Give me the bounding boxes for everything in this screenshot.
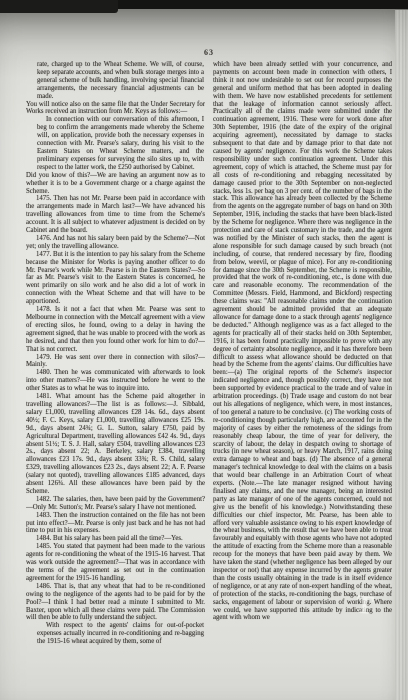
paragraph: 1482. The salaries, then, have been paid…: [26, 496, 205, 512]
left-column: rate, charged up to the Wheat Scheme. We…: [26, 61, 205, 646]
book-binding-edge: [395, 10, 408, 700]
paragraph: 1486. That is, that any wheat that had t…: [26, 583, 205, 623]
paragraph: In connection with our conversation of t…: [37, 116, 204, 171]
paragraph: With respect to the agents' claims for o…: [37, 622, 204, 646]
paragraph: 1483. Then the instruction contained on …: [26, 512, 205, 536]
paragraph: 1481. What amount has the Scheme paid al…: [26, 393, 205, 496]
paragraph: 1480. Then he was communicated with afte…: [26, 369, 205, 393]
paragraph: which have been already settled with you…: [213, 61, 392, 622]
paragraph: 1475. Then has not Mr. Pearse been paid …: [26, 195, 205, 235]
paragraph: 1477. But it is the intention to pay his…: [26, 251, 205, 306]
scan-edge-bar-left: [0, 0, 118, 13]
right-column: which have been already settled with you…: [213, 61, 392, 646]
paragraph: 1479. He was sent over there in connecti…: [26, 354, 205, 370]
page-number: 63: [26, 48, 392, 57]
text-columns: rate, charged up to the Wheat Scheme. We…: [26, 61, 392, 646]
paragraph: You will notice also on the same file th…: [26, 101, 205, 117]
paragraph: Did you know of this?—We are having an a…: [26, 172, 205, 196]
paragraph: 1484. But his salary has been paid all t…: [26, 535, 205, 543]
scanned-page: 63 rate, charged up to the Wheat Scheme.…: [0, 0, 408, 700]
paragraph: 1485. You stated that payment had been m…: [26, 543, 205, 583]
paragraph: rate, charged up to the Wheat Scheme. We…: [37, 61, 204, 101]
paragraph: 1478. Is it not a fact that when Mr. Pea…: [26, 306, 205, 353]
paragraph: 1476. And has not his salary been paid b…: [26, 235, 205, 251]
